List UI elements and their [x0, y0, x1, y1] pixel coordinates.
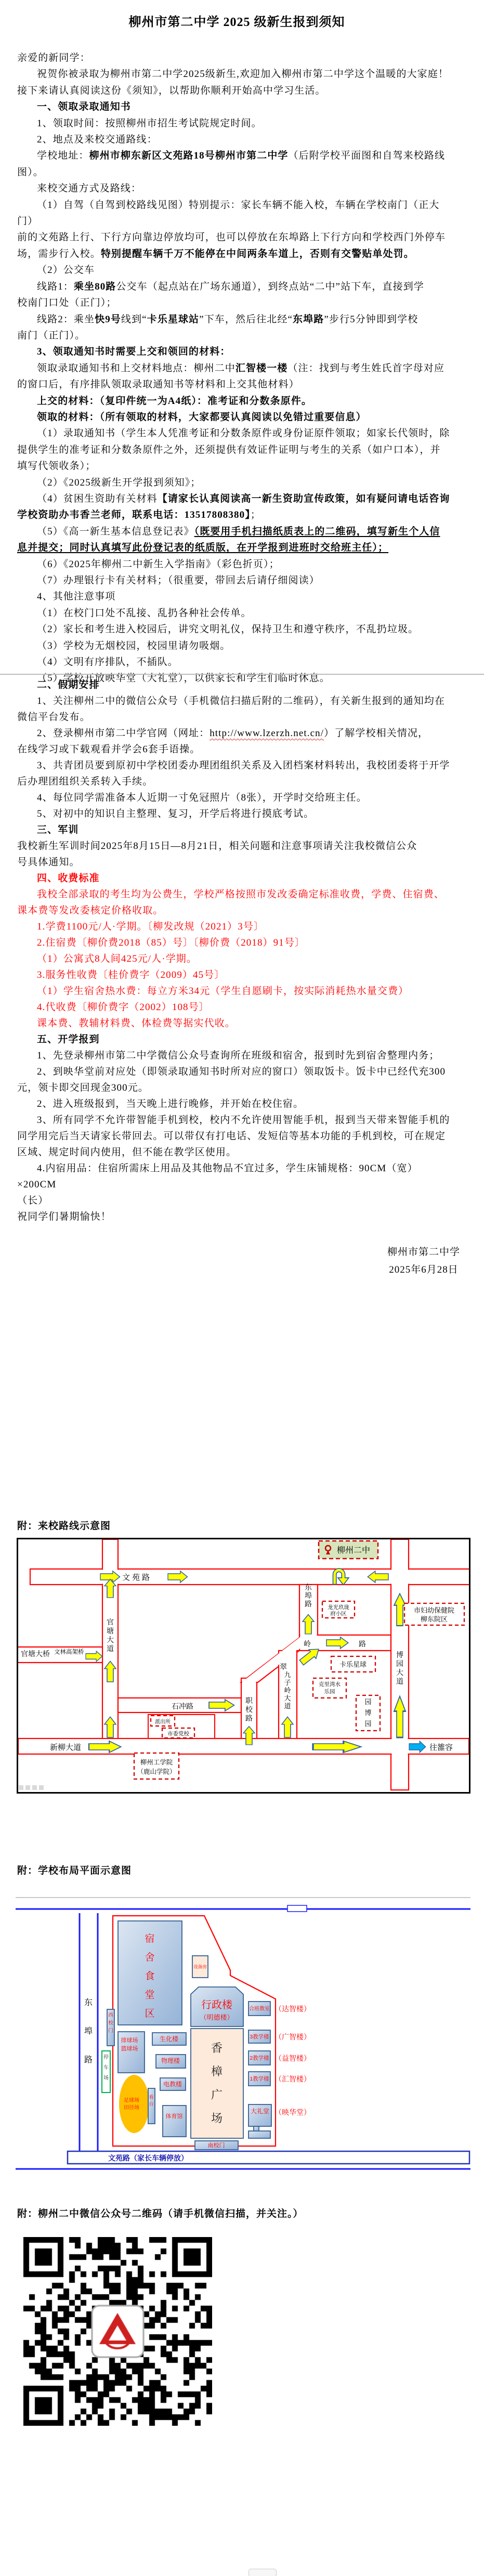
paragraph: 来校交通方式及路线： — [17, 180, 456, 197]
paragraph: 4.代收费〔柳价费字（2002）108号〕 — [17, 999, 456, 1015]
paragraph: 4.内宿用品：住宿所需床上用品及其他物品不宜过多，学生床铺规格：90CM（宽）×… — [17, 1160, 456, 1209]
building-label: 南校门 — [208, 2141, 225, 2149]
road-label: 新柳大道 — [50, 1743, 81, 1752]
legend-box — [287, 1905, 307, 1912]
building-label: 大礼堂 — [251, 2107, 269, 2115]
dongbu-road-strip: 东埠路 — [80, 1913, 98, 2151]
section-heading: 三、军训 — [17, 822, 456, 838]
poi-label: 柳州工学院 — [140, 1758, 173, 1766]
alias-label: （汇智楼） — [274, 2075, 311, 2083]
text-run: 线路1： — [37, 281, 74, 292]
road-label: 九子岭大道 — [284, 1671, 291, 1710]
campus-buildings — [102, 1921, 271, 2150]
text-run: 二、假期安排 — [37, 679, 100, 690]
text-run: 1、关注柳州二中的微信公众号（手机微信扫描后附的二维码），有关新生报到的通知均在… — [17, 696, 445, 723]
paragraph: 1、关注柳州二中的微信公众号（手机微信扫描后附的二维码），有关新生报到的通知均在… — [17, 693, 456, 725]
text-run: 3、领取通知书时需要上交和领回的材料： — [37, 346, 230, 357]
road-label: 文林高架桥 — [54, 1648, 84, 1655]
alias-label: （益智楼） — [274, 2054, 311, 2062]
road-label: 往雒容 — [429, 1743, 453, 1752]
text-run: 4、每位同学需准备本人近期一寸免冠照片（8张），开学时交给班主任。 — [37, 792, 367, 803]
poi-label: 卡乐星球 — [339, 1660, 367, 1668]
text-run: 汇智楼一楼 — [236, 363, 288, 374]
text-run: 我校新生军训时间2025年8月15日—8月21日，相关问题和注意事项请关注我校微… — [17, 841, 417, 868]
page-break-line — [0, 674, 484, 675]
paragraph: 5、对初中的知识自主整理、复习，开学后将进行摸底考试。 — [17, 806, 456, 822]
notice-page: 柳州市第二中学 2025 级新生报到须知 亲爱的新同学：祝贺你被录取为柳州市第二… — [0, 0, 484, 2576]
road-label: 博园大道 — [396, 1651, 403, 1685]
alias-label: （广智楼） — [274, 2033, 311, 2041]
road-label: 石冲路 — [172, 1702, 193, 1710]
text-run: 4.代收费〔柳价费字（2002）108号〕 — [37, 1002, 210, 1013]
text-run: 领取录取通知书和上交材料地点：柳州二中 — [37, 363, 236, 374]
text-run: 卡乐星球站 — [147, 314, 200, 325]
building-label: 停车场 — [103, 2054, 109, 2081]
text-run: 课本费、教辅材料费、体检费等据实代收。 — [37, 1018, 236, 1029]
text-run: 乘坐80路 — [74, 281, 116, 292]
text-run: 四、收费标准 — [37, 873, 100, 884]
signature-block: 柳州市第二中学 2025年6月28日 — [387, 1244, 460, 1279]
road-label: 文苑路（家长车辆停放） — [108, 2154, 188, 2162]
text-run: 3、所有同学不允许带智能手机到校，校内不允许使用智能手机，报到当天带来智能手机的… — [17, 1115, 450, 1158]
text-run: 2、进入班级报到，当天晚上进行晚修，并开始在校住宿。 — [37, 1099, 304, 1109]
paragraph: 4、其他注意事项 — [17, 589, 456, 605]
building-label: 足球场 — [124, 2097, 139, 2103]
section-heading: 二、假期安排 — [17, 677, 456, 693]
paragraph: 学校地址：柳州市柳东新区文苑路18号柳州市第二中学（后附学校平面图和自驾来校路线… — [17, 148, 456, 180]
text-run: （1）录取通知书（学生本人凭准考证和分数条原件或身份证原件领取；如家长代领时，除… — [17, 428, 450, 472]
road-label: 职校路 — [245, 1696, 253, 1722]
paragraph: 2、登录柳州市第二中学官网（网址：http://www.lzerzh.net.c… — [17, 725, 456, 757]
paragraph: （6）《2025年柳州二中新生入学指南》（彩色折页）； — [17, 556, 456, 572]
text-run: 快9号 — [95, 314, 121, 325]
paragraph: 1、先登录柳州市第二中学微信公众号查询所在班级和宿舍，报到时先到宿舍整理内务； — [17, 1048, 456, 1064]
text-run: 4.内宿用品：住宿所需床上用品及其他物品不宜过多，学生床铺规格：90CM（宽）×… — [17, 1163, 418, 1206]
poi-label: 乐园 — [324, 1689, 335, 1695]
road-label: 东埠路 — [84, 1998, 93, 2064]
building-label: （明德楼） — [200, 2013, 233, 2021]
paragraph: 1.学费1100元/人·学期。〔柳发改规（2021）3号〕 — [17, 919, 456, 935]
poi-label: 柳东院区 — [421, 1615, 448, 1623]
building-label: 2教学楼 — [250, 2055, 269, 2061]
building-label: 田径场 — [124, 2104, 139, 2111]
text-run: 1、领取时间：按照柳州市招生考试院规定时间。 — [37, 118, 262, 129]
notice-body-part2: 二、假期安排1、关注柳州二中的微信公众号（手机微信扫描后附的二维码），有关新生报… — [17, 677, 456, 1225]
wenyuan-road: 文苑路（家长车辆停放） — [68, 2151, 469, 2164]
paragraph: 线路2：乘坐快9号线到“卡乐星球站”下车，然后往北经“东埠路”步行5分钟即到学校… — [17, 311, 456, 344]
text-run: （4）贫困生资助有关材料 — [37, 493, 158, 504]
paragraph: 2、到映华堂前对应处（即领录取通知书时所对应的窗口）领取饭卡。饭卡中已经代充30… — [17, 1064, 456, 1096]
text-run: 学校地址： — [37, 150, 89, 161]
paragraph: （1）自驾（自驾到校路线见图）特别提示：家长车辆不能入校，车辆在学校南门（正大门… — [17, 197, 456, 263]
road-label: 岭 — [304, 1640, 311, 1648]
paragraph: 3.服务性收费〔桂价费字（2009）45号〕 — [17, 967, 456, 983]
route-map-title: 附：来校路线示意图 — [17, 1518, 111, 1532]
text-run: 2.住宿费〔柳价费2018（85）号〕〔柳价费（2018）91号〕 — [37, 937, 305, 948]
paragraph: 3、共青团员要到原初中学校团委办理团组织关系及入团档案材料转出，我校团委将于开学… — [17, 757, 456, 790]
paragraph: （5）《高一新生基本信息登记表》（既要用手机扫描纸质表上的二维码，填写新生个人信… — [17, 524, 456, 556]
paragraph: （7）办理银行卡有关材料；（很重要，带回去后请仔细阅读） — [17, 572, 456, 589]
text-run: （2）家长和考生进入校园后，讲究文明礼仪，保持卫生和遵守秩序，不乱扔垃圾。 — [37, 624, 418, 635]
alias-label: （达智楼） — [274, 2005, 311, 2013]
poi-label: 园博园 — [364, 1698, 371, 1728]
paragraph: 领取录取通知书和上交材料地点：柳州二中汇智楼一楼（注：找到与考生姓氏首字母对应 … — [17, 360, 456, 393]
text-run: 3、共青团员要到原初中学校团委办理团组织关系及入团档案材料转出，我校团委将于开学… — [17, 760, 450, 787]
text-run: （1）在校门口处不乱接、乱扔各种社会传单。 — [37, 608, 252, 619]
paragraph: 3、领取通知书时需要上交和领回的材料： — [17, 344, 456, 360]
route-map: 柳州二中 龙光玖珑 府小区 市妇幼保健院 柳东院区 卡乐星球 克里湾水 乐园 园… — [17, 1538, 470, 1794]
paragraph: （2）家长和考生进入校园后，讲究文明礼仪，保持卫生和遵守秩序，不乱扔垃圾。 — [17, 621, 456, 637]
text-run: ； — [251, 509, 261, 520]
building-label: 体育馆 — [166, 2112, 183, 2120]
building-label: 物理楼 — [161, 2057, 180, 2064]
paragraph: 课本费、教辅材料费、体检费等据实代收。 — [17, 1015, 456, 1031]
wechat-qr-code — [23, 2237, 212, 2426]
text-run: （6）《2025年柳州二中新生入学指南》（彩色折页）； — [37, 559, 280, 570]
building-label: 合班教室 — [249, 2005, 270, 2012]
text-run: 来校交通方式及路线： — [37, 183, 141, 194]
text-run: 1.学费1100元/人·学期。〔柳发改规（2021）3号〕 — [37, 921, 264, 932]
building-label: 行政楼 — [201, 1999, 233, 2011]
poi-label: （鹿山学院） — [137, 1768, 176, 1775]
paragraph: （2）公交车 — [17, 262, 456, 278]
paragraph: 我校新生军训时间2025年8月15日—8月21日，相关问题和注意事项请关注我校微… — [17, 838, 456, 870]
building-label: 排球场 — [121, 2036, 138, 2044]
building-label: 设备房 — [193, 1964, 207, 1969]
page-title: 柳州市第二中学 2025 级新生报到须知 — [17, 14, 456, 31]
paragraph: 4、每位同学需准备本人近期一寸免冠照片（8张），开学时交给班主任。 — [17, 790, 456, 806]
paragraph: 上交的材料：（复印件统一为A4纸）：准考证和分数条原件。 — [17, 393, 456, 409]
poi-label: 克里湾水 — [319, 1681, 341, 1688]
text-run: 2、地点及来校交通路线： — [37, 134, 158, 145]
road-label: 东埠路 — [305, 1583, 312, 1608]
section-heading: 五、开学报到 — [17, 1031, 456, 1048]
building-label: 电教楼 — [163, 2080, 182, 2088]
school-marker: 柳州二中 — [319, 1541, 378, 1559]
text-run: 五、开学报到 — [37, 1034, 100, 1045]
paragraph: （1）在校门口处不乱接、乱扔各种社会传单。 — [17, 605, 456, 621]
paragraph: 2、进入班级报到，当天晚上进行晚修，并开始在校住宿。 — [17, 1096, 456, 1112]
campus-map: 东埠路 宿舍食堂区 设备房 — [16, 1895, 470, 2172]
text-run: 上交的材料：（复印件统一为A4纸）：准考证和分数条原件。 — [37, 396, 312, 407]
road-label: 文苑路 — [122, 1573, 152, 1582]
text-run: （2）《2025级新生开学报到须知》； — [37, 477, 201, 488]
building-label: 生化楼 — [160, 2035, 179, 2043]
paragraph: （3）学校为无烟校园，校园里请勿吸烟。 — [17, 638, 456, 654]
hall-alias-labels: （达智楼） （广智楼） （益智楼） （汇智楼） （映华堂） — [274, 2005, 311, 2116]
text-run: 亲爱的新同学： — [17, 53, 90, 63]
page-scroll-artifact — [248, 2569, 277, 2576]
text-run: 东埠路 — [293, 314, 324, 325]
paragraph: 2、地点及来校交通路线： — [17, 132, 456, 148]
text-run: 一、领取录取通知书 — [37, 101, 131, 112]
text-run: 5、对初中的知识自主整理、复习，开学后将进行摸底考试。 — [37, 808, 314, 819]
text-run: 2、到映华堂前对应处（即领录取通知书时所对应的窗口）领取饭卡。饭卡中已经代充30… — [17, 1066, 446, 1093]
text-run: 线到“ — [121, 314, 147, 325]
text-run: 我校全部录取的考生均为公费生，学校严格按照市发改委确定标准收费，学费、住宿费、 … — [17, 889, 444, 916]
road-label: 路 — [359, 1640, 366, 1648]
text-run: 4、其他注意事项 — [37, 591, 115, 602]
text-run: ”下车，然后往北经“ — [199, 314, 293, 325]
text-run: （1）学生宿舍热水费：每立方米34元（学生自愿刷卡，按实际消耗热水量交费） — [37, 986, 409, 997]
paragraph: 亲爱的新同学： — [17, 50, 456, 66]
paragraph: 祝同学们暑期愉快！ — [17, 1209, 456, 1225]
text-run: （7）办理银行卡有关材料；（很重要，带回去后请仔细阅读） — [37, 575, 320, 586]
alias-label: （映华堂） — [274, 2108, 311, 2116]
road-label: 翠 — [280, 1663, 287, 1671]
text-run: 2、登录柳州市第二中学官网（网址： — [37, 728, 210, 739]
signature-date: 2025年6月28日 — [387, 1261, 460, 1279]
building-label: 1教学楼 — [250, 2075, 269, 2082]
building-label: 3教学楼 — [250, 2033, 269, 2040]
text-run: 3.服务性收费〔桂价费字（2009）45号〕 — [37, 970, 225, 980]
paragraph: （1）录取通知书（学生本人凭准考证和分数条原件或身份证原件领取；如家长代领时，除… — [17, 425, 456, 474]
paragraph: 3、所有同学不允许带智能手机到校，校内不允许使用智能手机，报到当天带来智能手机的… — [17, 1112, 456, 1160]
text-run: 线路2：乘坐 — [37, 314, 95, 325]
road-label: 官塘大道 — [107, 1618, 114, 1653]
campus-map-title: 附：学校布局平面示意图 — [17, 1863, 132, 1877]
building-label: 篮球场 — [121, 2045, 138, 2052]
paragraph: 祝贺你被录取为柳州市第二中学2025级新生,欢迎加入柳州市第二中学这个温暖的大家… — [17, 66, 456, 99]
road-label: 官塘大桥 — [21, 1650, 50, 1658]
text-run: （1）公寓式8人间425元/人·学期。 — [37, 953, 197, 964]
paragraph: （1）公寓式8人间425元/人·学期。 — [17, 951, 456, 967]
text-run: （2）公交车 — [37, 265, 95, 276]
school-website-link[interactable]: http://www.lzerzh.net.cn/ — [210, 728, 324, 739]
paragraph: （4）文明有序排队，不插队。 — [17, 654, 456, 670]
signature-school: 柳州市第二中学 — [387, 1244, 460, 1261]
text-run: 三、军训 — [37, 825, 79, 835]
section-heading: 一、领取录取通知书 — [17, 99, 456, 115]
paragraph: 我校全部录取的考生均为公费生，学校严格按照市发改委确定标准收费，学费、住宿费、 … — [17, 886, 456, 919]
notice-body-part1: 柳州市第二中学 2025 级新生报到须知 亲爱的新同学：祝贺你被录取为柳州市第二… — [17, 0, 456, 687]
poi-label: 市委党校 — [167, 1730, 189, 1737]
paragraph: （2）《2025级新生开学报到须知》； — [17, 475, 456, 491]
text-run: 特别提醒车辆千万不能停在中间两条车道上，否则有交警贴单处罚。 — [101, 249, 414, 259]
paragraph: 领取的材料：（所有领取的材料，大家都要认真阅读以免错过重要信息） — [17, 409, 456, 425]
text-run: （5）《高一新生基本信息登记表》 — [37, 526, 194, 537]
poi-label: 市妇幼保健院 — [414, 1606, 454, 1614]
text-run: 1、先登录柳州市第二中学微信公众号查询所在班级和宿舍，报到时先到宿舍整理内务； — [37, 1050, 439, 1061]
paragraph: （4）贫困生资助有关材料【请家长认真阅读高一新生资助宣传政策，如有疑问请电话咨询… — [17, 491, 456, 524]
text-run: （4）文明有序排队，不插队。 — [37, 657, 178, 668]
text-run: 领取的材料：（所有领取的材料，大家都要认真阅读以免错过重要信息） — [37, 412, 367, 423]
poi-label: 龙光玖珑 — [328, 1604, 349, 1611]
text-run: 祝同学们暑期愉快！ — [17, 1211, 111, 1222]
poi-label: 府小区 — [330, 1610, 347, 1617]
section-heading: 四、收费标准 — [17, 870, 456, 886]
text-run: 祝贺你被录取为柳州市第二中学2025级新生,欢迎加入柳州市第二中学这个温暖的大家… — [17, 69, 449, 96]
paragraph: 2.住宿费〔柳价费2018（85）号〕〔柳价费（2018）91号〕 — [17, 935, 456, 951]
poi-label: 派出所 — [155, 1718, 171, 1725]
building-label: 西校门 — [108, 2012, 113, 2034]
paragraph: （1）学生宿舍热水费：每立方米34元（学生自愿刷卡，按实际消耗热水量交费） — [17, 983, 456, 999]
paragraph: 1、领取时间：按照柳州市招生考试院规定时间。 — [17, 115, 456, 132]
qr-section-title: 附：柳州二中微信公众号二维码（请手机微信扫描，并关注。） — [17, 2206, 304, 2220]
school-label: 柳州二中 — [337, 1546, 370, 1555]
text-run: 柳州市柳东新区文苑路18号柳州市第二中学 — [89, 150, 289, 161]
paragraph: 线路1：乘坐80路公交车（起点站在广场东通道），到终点站“二中”站下车，直接到学… — [17, 279, 456, 311]
text-run: （3）学校为无烟校园，校园里请勿吸烟。 — [37, 640, 230, 651]
